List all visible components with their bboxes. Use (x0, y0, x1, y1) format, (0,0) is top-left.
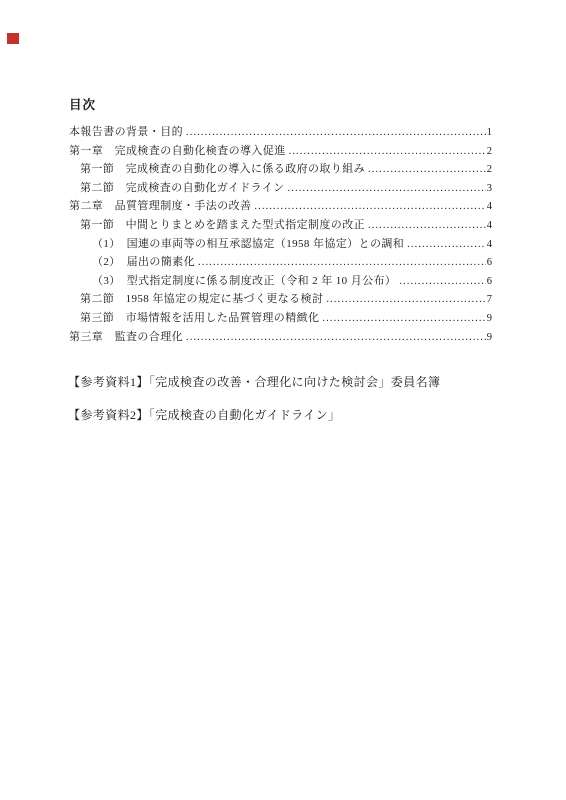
toc-entry: （2） 届出の簡素化 6 (69, 253, 492, 272)
dot-leader (198, 254, 486, 273)
toc-entry-label: （2） 届出の簡素化 (92, 253, 195, 272)
toc-entry-label: 第二節 完成検査の自動化ガイドライン (80, 179, 285, 198)
toc-entry-page: 9 (487, 310, 492, 329)
toc-entry: 第二節 完成検査の自動化ガイドライン 3 (69, 179, 492, 198)
toc-entry: 第一章 完成検査の自動化検査の導入促進 2 (69, 142, 492, 161)
dot-leader (399, 273, 485, 292)
dot-leader (326, 291, 485, 310)
appendix-list: 【参考資料1】「完成検査の改善・合理化に向けた検討会」委員名簿 【参考資料2】「… (68, 375, 508, 441)
toc-entry-label: 第一節 中間とりまとめを踏まえた型式指定制度の改正 (80, 216, 365, 235)
toc-entry: 第一節 完成検査の自動化の導入に係る政府の取り組み 2 (69, 160, 492, 179)
red-square-marker (7, 33, 19, 44)
toc-entry-label: 第一章 完成検査の自動化検査の導入促進 (69, 142, 286, 161)
toc-entry-page: 6 (487, 273, 492, 292)
toc-entry: 本報告書の背景・目的 1 (69, 123, 492, 142)
toc-entry-label: 第二章 品質管理制度・手法の改善 (69, 197, 251, 216)
toc-entry-page: 2 (487, 161, 492, 180)
appendix-item: 【参考資料1】「完成検査の改善・合理化に向けた検討会」委員名簿 (68, 375, 508, 389)
toc-entry: 第二節 1958 年協定の規定に基づく更なる検討 7 (69, 290, 492, 309)
toc-entry-label: 第三節 市場情報を活用した品質管理の精緻化 (80, 309, 319, 328)
toc-entry-label: （3） 型式指定制度に係る制度改正（令和 2 年 10 月公布） (92, 272, 396, 291)
appendix-item: 【参考資料2】「完成検査の自動化ガイドライン」 (68, 408, 508, 422)
toc-entry-page: 4 (487, 217, 492, 236)
toc-entry: （3） 型式指定制度に係る制度改正（令和 2 年 10 月公布） 6 (69, 272, 492, 291)
toc-entry-page: 4 (487, 236, 492, 255)
toc-entry-page: 6 (487, 254, 492, 273)
dot-leader (322, 310, 485, 329)
toc-entry-page: 3 (487, 180, 492, 199)
dot-leader (368, 161, 486, 180)
toc-entry-page: 7 (487, 291, 492, 310)
toc-entry: 第三章 監査の合理化 9 (69, 328, 492, 347)
toc-entry-label: 第三章 監査の合理化 (69, 328, 183, 347)
toc-entry: （1） 国連の車両等の相互承認協定（1958 年協定）との調和 4 (69, 235, 492, 254)
document-page: 目次 本報告書の背景・目的 1 第一章 完成検査の自動化検査の導入促進 2 第一… (69, 95, 492, 346)
toc-entry-label: 第一節 完成検査の自動化の導入に係る政府の取り組み (80, 160, 365, 179)
toc-entry: 第三節 市場情報を活用した品質管理の精緻化 9 (69, 309, 492, 328)
toc-entry-page: 4 (487, 198, 492, 217)
dot-leader (288, 180, 486, 199)
toc-entry: 第二章 品質管理制度・手法の改善 4 (69, 197, 492, 216)
toc-entry-page: 9 (487, 329, 492, 348)
dot-leader (186, 329, 486, 348)
toc-entry-label: 本報告書の背景・目的 (69, 123, 183, 142)
dot-leader (407, 236, 486, 255)
toc-entry-label: （1） 国連の車両等の相互承認協定（1958 年協定）との調和 (92, 235, 404, 254)
dot-leader (254, 198, 485, 217)
toc-entry-label: 第二節 1958 年協定の規定に基づく更なる検討 (80, 290, 323, 309)
toc-title: 目次 (69, 95, 492, 113)
toc-entry: 第一節 中間とりまとめを踏まえた型式指定制度の改正 4 (69, 216, 492, 235)
dot-leader (368, 217, 486, 236)
toc-entry-page: 2 (487, 143, 492, 162)
toc-list: 本報告書の背景・目的 1 第一章 完成検査の自動化検査の導入促進 2 第一節 完… (69, 123, 492, 346)
dot-leader (186, 124, 486, 143)
dot-leader (289, 143, 486, 162)
toc-entry-page: 1 (487, 124, 492, 143)
